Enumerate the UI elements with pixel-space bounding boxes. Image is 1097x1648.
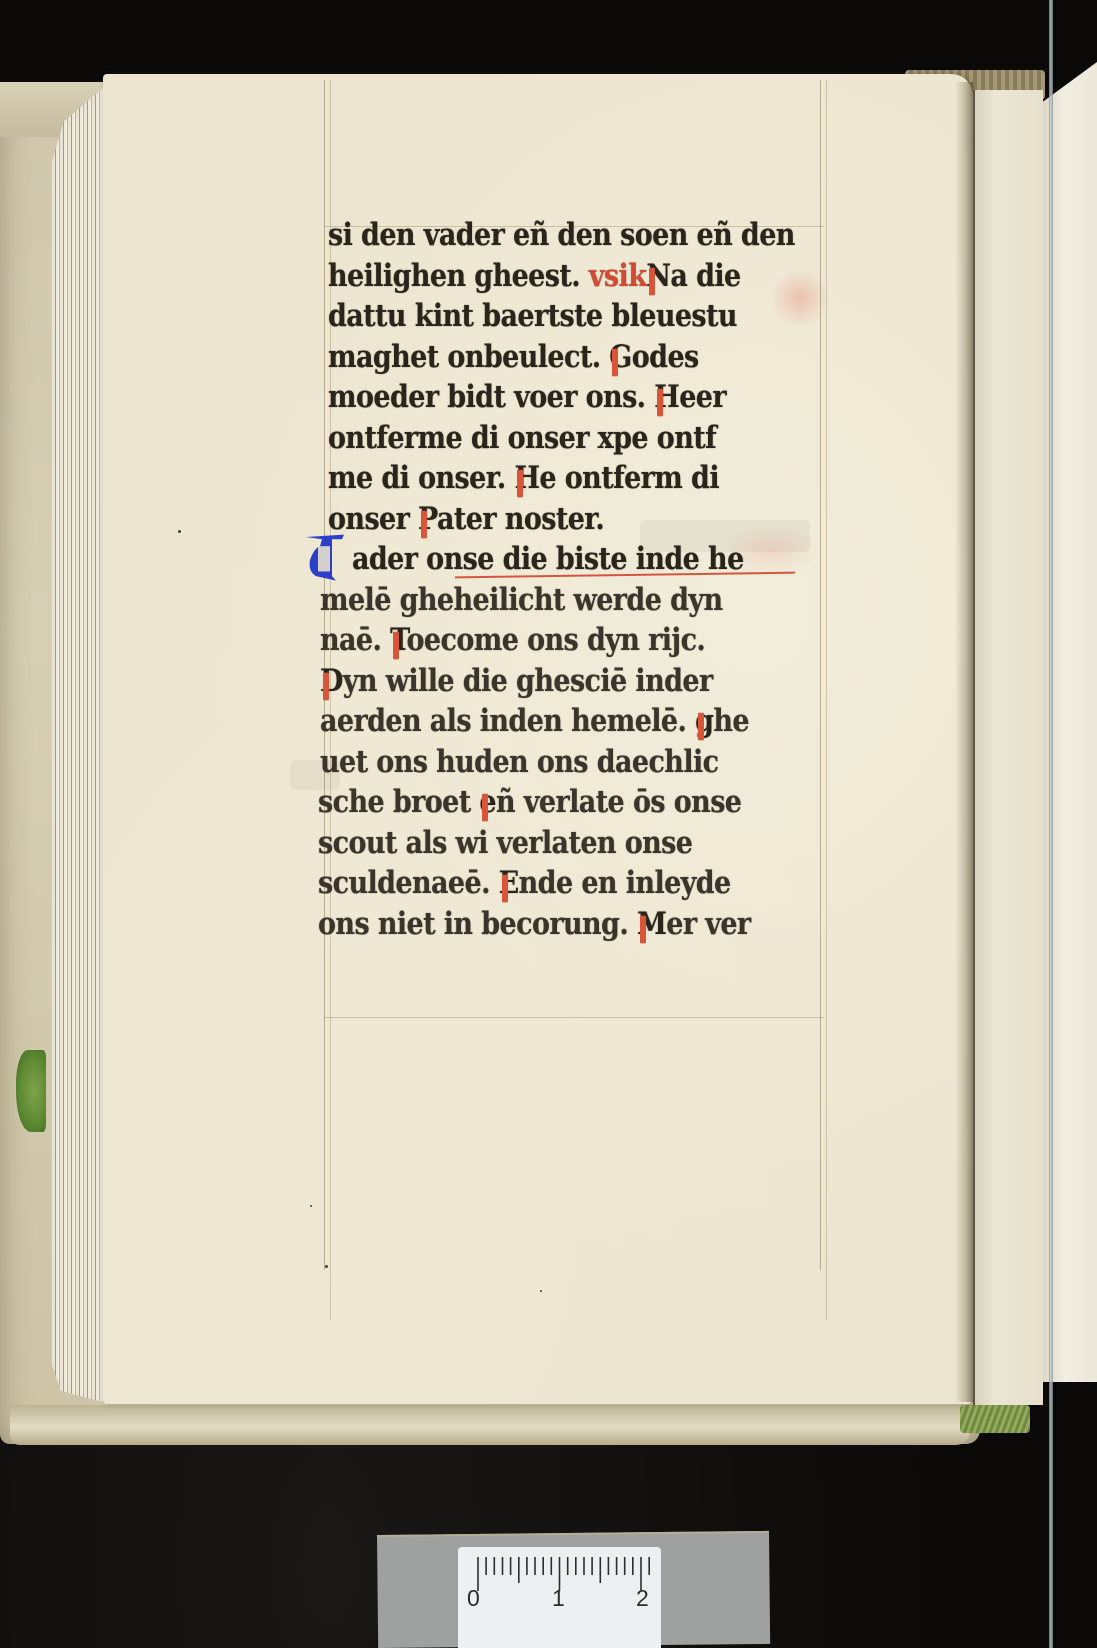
rubricated-sentence: eñ verlate ōs onse [479, 785, 741, 821]
manuscript-text: yn wille die ghesciē inder [343, 663, 713, 699]
manuscript-line: dattu kint baertste bleuestu [328, 294, 848, 341]
page-edges-stack [52, 82, 110, 1404]
rubricated-sentence: Na die [646, 258, 740, 294]
manuscript-text: sche broet [318, 785, 479, 821]
manuscript-line: aerden als inden hemelē. ghe [320, 699, 848, 746]
manuscript-text: maghet onbeulect. [328, 339, 609, 375]
manuscript-text: moeder bidt voer ons. [328, 380, 654, 416]
scale-label-1: 1 [552, 1585, 565, 1612]
dust-speck [540, 1290, 542, 1292]
rubricated-sentence: Dyn wille die ghesciē inder [320, 663, 713, 699]
manuscript-text: eer [679, 380, 726, 416]
gutter-shadow [955, 82, 973, 1402]
ruling-line [324, 1017, 824, 1018]
manuscript-text: me di onser. [328, 461, 514, 497]
manuscript-text: heilighen gheest. [328, 258, 589, 294]
red-touched-capital: M [637, 906, 666, 942]
manuscript-line: ons niet in becorung. Mer ver [318, 901, 848, 948]
manuscript-text: si den vader eñ den soen eñ den [328, 218, 795, 254]
cover-bottom-edge [10, 1405, 970, 1445]
manuscript-line: sche broet eñ verlate ōs onse [318, 780, 848, 827]
manuscript-text: he [713, 704, 749, 740]
rubric-text: vsik [589, 258, 646, 294]
green-tab-marker [16, 1050, 46, 1132]
manuscript-text: onser [328, 501, 418, 537]
manuscript-text: a die [670, 258, 740, 294]
red-touched-capital: P [418, 501, 437, 537]
rubricated-sentence: Pater noster. [418, 501, 604, 537]
manuscript-text: scout als wi verlaten onse [318, 825, 692, 861]
rubricated-sentence: ghe [695, 704, 749, 740]
manuscript-text: oecome ons dyn rijc. [407, 623, 706, 659]
red-touched-capital: E [499, 866, 519, 902]
red-touched-capital: H [514, 461, 539, 497]
manuscript-text: er ver [666, 906, 750, 942]
manuscript-text: aerden als inden hemelē. [320, 704, 695, 740]
manuscript-line: me di onser. He ontferm di [328, 456, 848, 503]
manuscript-text: ontferme di onser xpe ontf [328, 420, 716, 456]
rubricated-sentence: Heer [654, 380, 726, 416]
manuscript-text: dattu kint baertste bleuestu [328, 299, 737, 335]
manuscript-line: naē. Toecome ons dyn rijc. [320, 618, 848, 665]
manuscript-text: sculdenaeē. [318, 866, 499, 902]
dust-speck [325, 1265, 328, 1268]
scale-label-2: 2 [636, 1585, 649, 1612]
manuscript-text: nde en inleyde [519, 866, 731, 902]
red-touched-capital: H [654, 380, 679, 416]
rubricated-sentence: He ontferm di [514, 461, 719, 497]
text-block: si den vader eñ den soen eñ denheilighen… [328, 216, 848, 945]
manuscript-text: ader onse die biste inde he [352, 542, 744, 578]
manuscript-text: e ontferm di [539, 461, 719, 497]
glass-plate-edge [1049, 0, 1053, 1648]
manuscript-text: ons niet in becorung. [318, 906, 637, 942]
gutter-leaf [973, 90, 1043, 1405]
rubricated-sentence: Mer ver [637, 906, 751, 942]
manuscript-text: odes [632, 339, 699, 375]
manuscript-text: naē. [320, 623, 390, 659]
red-touched-capital: T [390, 623, 406, 659]
rubricated-sentence: Toecome ons dyn rijc. [390, 623, 705, 659]
manuscript-text: ater noster. [437, 501, 604, 537]
green-tab-marker-right [960, 1405, 1030, 1433]
red-touched-capital: e [479, 785, 496, 821]
red-touched-capital: g [695, 704, 713, 740]
rubricated-sentence: Ende en inleyde [499, 866, 731, 902]
manuscript-text: ñ verlate ōs onse [496, 785, 741, 821]
dust-speck [178, 530, 181, 533]
manuscript-line: moeder bidt voer ons. Heer [328, 375, 848, 422]
dust-speck [310, 1205, 312, 1207]
red-touched-capital: G [609, 339, 631, 375]
manuscript-line: si den vader eñ den soen eñ den [328, 213, 848, 260]
rubricated-sentence: Godes [609, 339, 698, 375]
manuscript-line: sculdenaeē. Ende en inleyde [318, 861, 848, 908]
manuscript-text: uet ons huden ons daechlic [320, 744, 718, 780]
red-touched-capital: N [646, 258, 670, 294]
scale-label-0: 0 [467, 1585, 480, 1612]
manuscript-text: melē gheheilicht werde dyn [320, 582, 723, 618]
red-touched-capital: D [320, 663, 343, 699]
